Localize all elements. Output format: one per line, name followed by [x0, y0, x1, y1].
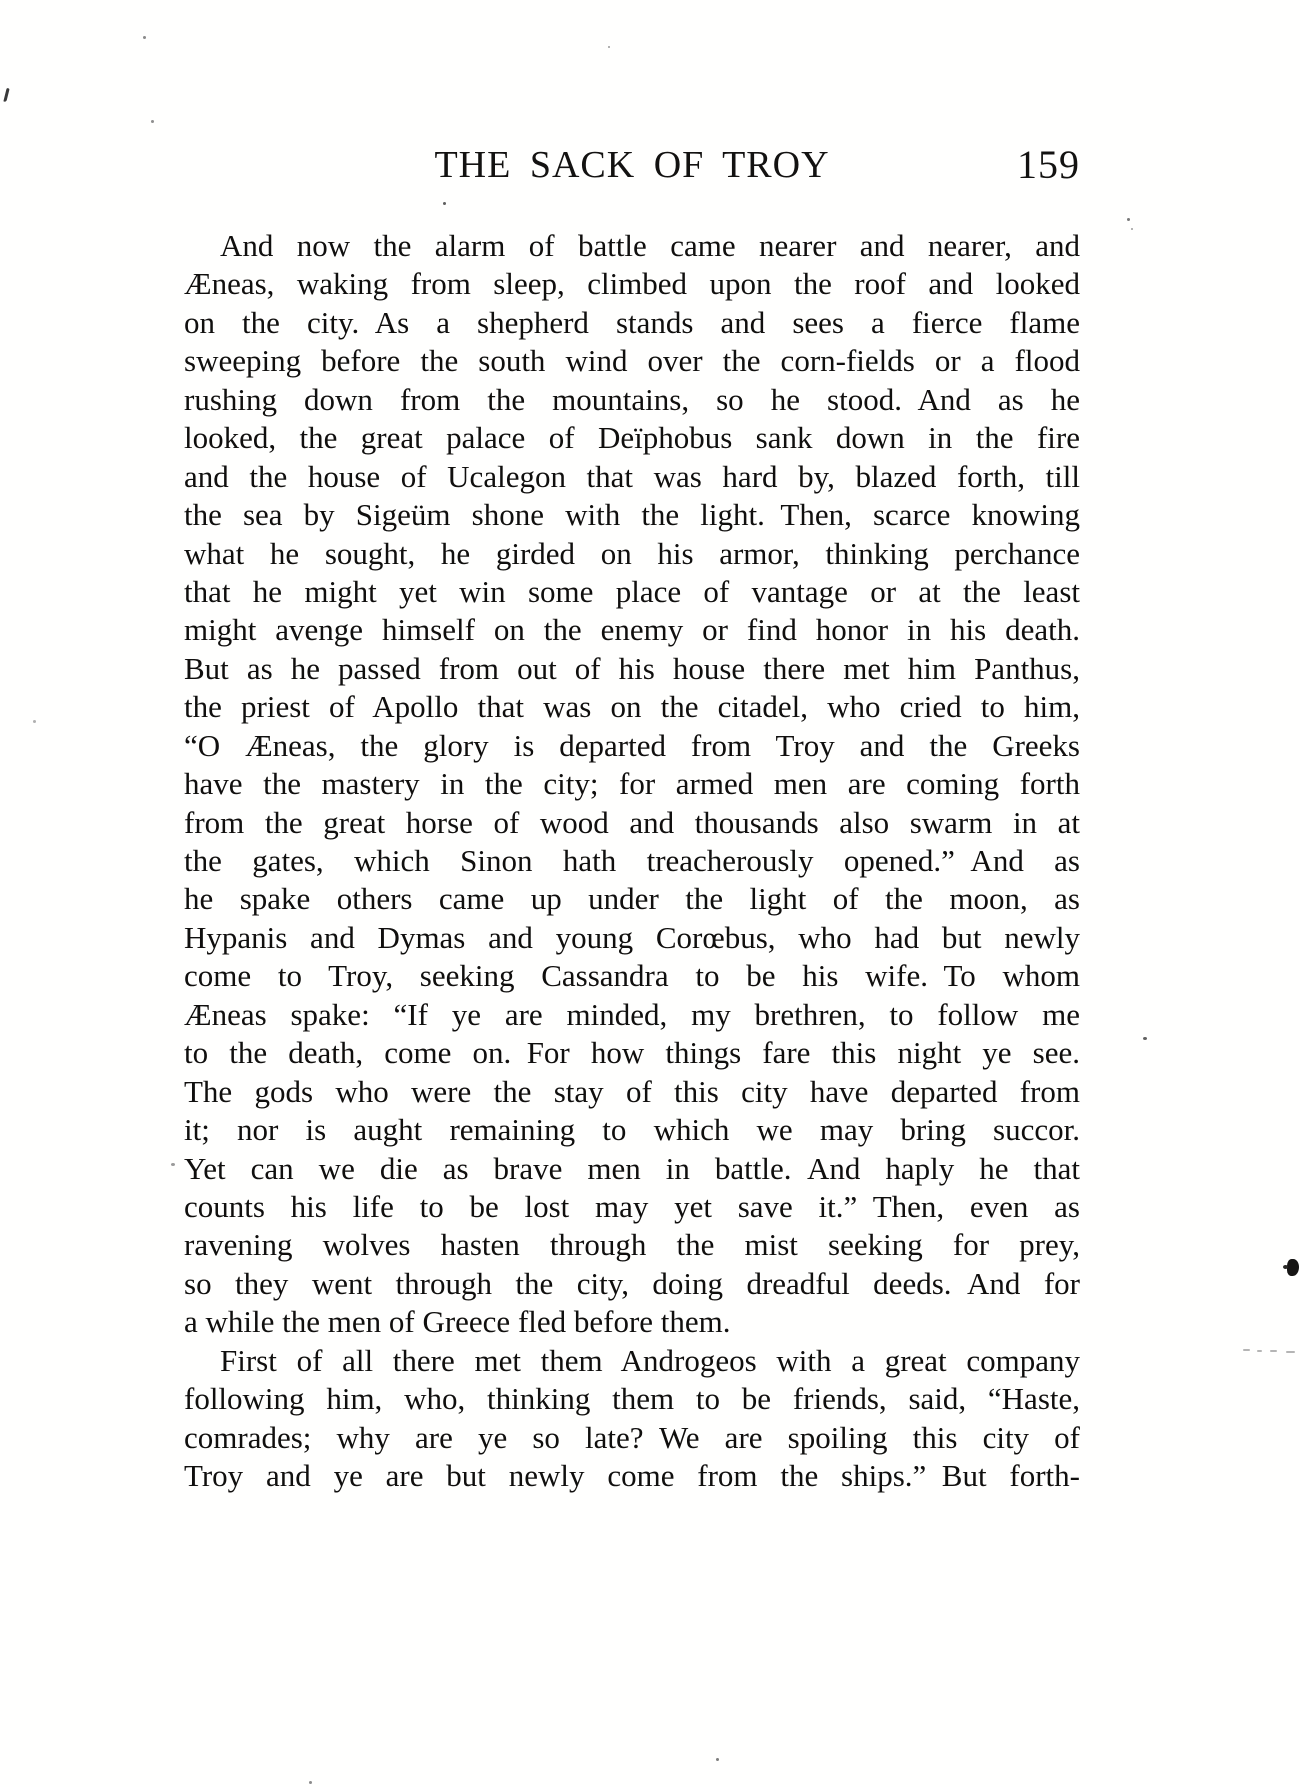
text-line: a while the men of Greece fled before th… [184, 1303, 1080, 1341]
text-line: counts his life to be lost may yet save … [184, 1188, 1080, 1226]
ink-blot [1287, 1259, 1299, 1276]
text-line: he spake others came up under the light … [184, 880, 1080, 918]
text-line: it; nor is aught remaining to which we m… [184, 1111, 1080, 1149]
text-line: what he sought, he girded on his armor, … [184, 535, 1080, 573]
text-line: The gods who were the stay of this city … [184, 1073, 1080, 1111]
scan-speck [1143, 1037, 1147, 1040]
text-line: the gates, which Sinon hath treacherousl… [184, 842, 1080, 880]
text-line: Æneas spake: “If ye are minded, my breth… [184, 996, 1080, 1034]
scan-speck [309, 1781, 312, 1784]
text-line: Yet can we die as brave men in battle. A… [184, 1150, 1080, 1188]
text-line: ravening wolves hasten through the mist … [184, 1226, 1080, 1264]
scan-speck [608, 46, 610, 48]
scan-speck [151, 120, 154, 123]
body-text: And now the alarm of battle came nearer … [184, 227, 1080, 1495]
scan-dash [1257, 1350, 1262, 1352]
text-line: rushing down from the mountains, so he s… [184, 381, 1080, 419]
scan-speck [171, 1163, 175, 1166]
text-line: from the great horse of wood and thousan… [184, 804, 1080, 842]
text-line: And now the alarm of battle came nearer … [184, 227, 1080, 265]
text-line: sweeping before the south wind over the … [184, 342, 1080, 380]
text-line: “O Æneas, the glory is departed from Tro… [184, 727, 1080, 765]
text-line: might avenge himself on the enemy or fin… [184, 611, 1080, 649]
book-page: THE SACK OF TROY 159 And now the alarm o… [0, 0, 1300, 1787]
text-line: First of all there met them Androgeos wi… [184, 1342, 1080, 1380]
text-line: and the house of Ucalegon that was hard … [184, 458, 1080, 496]
text-line: looked, the great palace of Deïphobus sa… [184, 419, 1080, 457]
text-line: Æneas, waking from sleep, climbed upon t… [184, 265, 1080, 303]
text-line: come to Troy, seeking Cassandra to be hi… [184, 957, 1080, 995]
text-line: have the mastery in the city; for armed … [184, 765, 1080, 803]
text-line: But as he passed from out of his house t… [184, 650, 1080, 688]
scan-speck [1127, 218, 1130, 221]
page-number: 159 [1017, 143, 1080, 187]
scan-dash [1270, 1350, 1277, 1352]
scan-speck [1131, 228, 1133, 230]
text-line: so they went through the city, doing dre… [184, 1265, 1080, 1303]
scan-speck [716, 1758, 719, 1761]
text-line: comrades; why are ye so late? We are spo… [184, 1419, 1080, 1457]
text-line: the sea by Sigeüm shone with the light. … [184, 496, 1080, 534]
scan-dash [1286, 1351, 1295, 1353]
page-title: THE SACK OF TROY [184, 143, 1080, 187]
scan-speck [143, 36, 146, 39]
text-line: Hypanis and Dymas and young Corœbus, who… [184, 919, 1080, 957]
scan-tick-mark [3, 88, 9, 102]
running-header: THE SACK OF TROY 159 [184, 143, 1080, 187]
text-line: that he might yet win some place of vant… [184, 573, 1080, 611]
text-line: to the death, come on. For how things fa… [184, 1034, 1080, 1072]
scan-dash [1243, 1349, 1250, 1351]
text-line: following him, who, thinking them to be … [184, 1380, 1080, 1418]
scan-speck [33, 720, 36, 723]
text-line: the priest of Apollo that was on the cit… [184, 688, 1080, 726]
text-line: on the city. As a shepherd stands and se… [184, 304, 1080, 342]
text-line: Troy and ye are but newly come from the … [184, 1457, 1080, 1495]
scan-speck [443, 202, 446, 205]
